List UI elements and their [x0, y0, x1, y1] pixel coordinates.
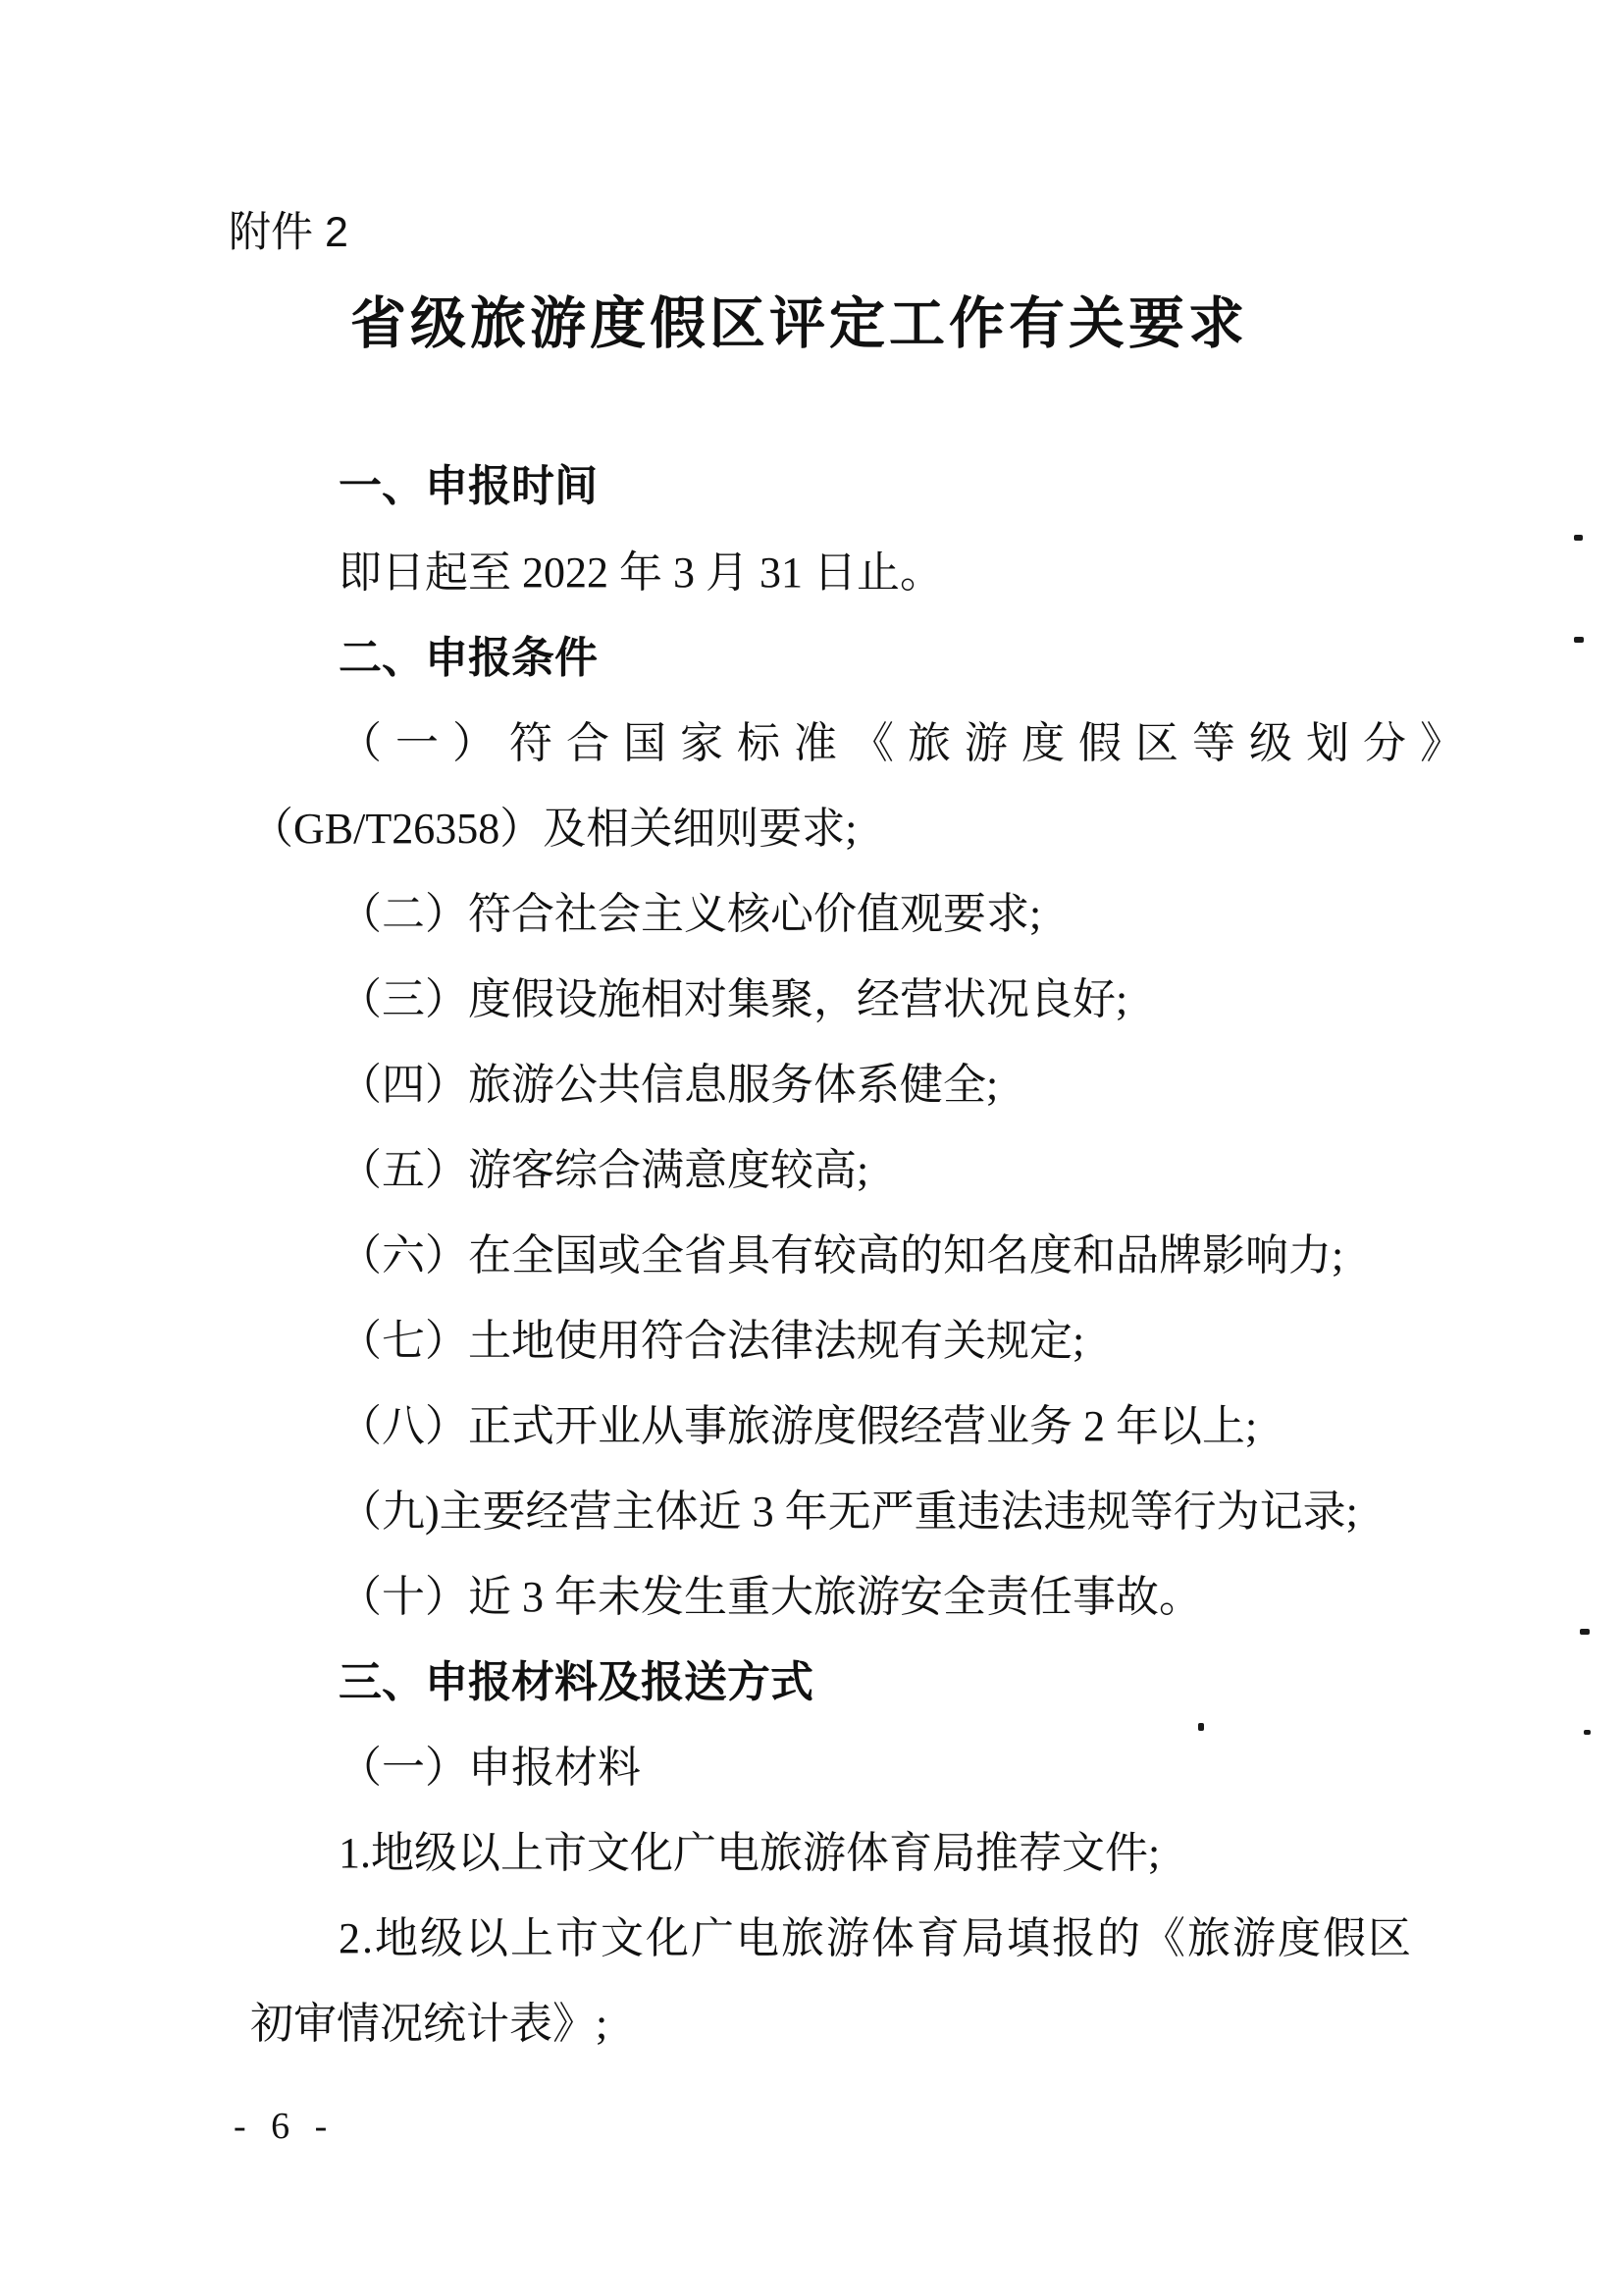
material-item-2-line-1: 2.地级以上市文化广电旅游体育局填报的《旅游度假区	[339, 1910, 1413, 1967]
condition-item-8: （八）正式开业从事旅游度假经营业务 2 年以上;	[339, 1398, 1257, 1455]
condition-item-2: （二）符合社会主义核心价值观要求;	[339, 886, 1041, 943]
condition-item-1-line-1: （一）符合国家标准《旅游度假区等级划分》	[339, 715, 1477, 772]
condition-item-5: （五）游客综合满意度较高;	[339, 1142, 868, 1199]
section-2-heading: 二、申报条件	[339, 630, 598, 687]
section-3-heading: 三、申报材料及报送方式	[339, 1654, 813, 1711]
ink-speck	[1580, 1629, 1590, 1635]
ink-speck	[1584, 1730, 1591, 1735]
doc-title: 省级旅游度假区评定工作有关要求	[350, 291, 1248, 358]
material-item-2-line-2: 初审情况统计表》;	[250, 1996, 607, 2053]
condition-item-10: （十）近 3 年未发生重大旅游安全责任事故。	[339, 1569, 1202, 1626]
condition-item-6: （六）在全国或全省具有较高的知名度和品牌影响力;	[339, 1227, 1343, 1284]
material-item-1: 1.地级以上市文化广电旅游体育局推荐文件;	[339, 1825, 1160, 1882]
condition-item-3: （三）度假设施相对集聚，经营状况良好;	[339, 971, 1127, 1028]
ink-speck	[1574, 535, 1583, 541]
condition-item-4: （四）旅游公共信息服务体系健全;	[339, 1057, 998, 1114]
ink-speck	[1574, 637, 1584, 643]
attachment-label: 附件 2	[229, 204, 348, 261]
condition-item-1-line-2: （GB/T26358）及相关细则要求;	[250, 801, 857, 858]
scanned-document-page: 附件 2 省级旅游度假区评定工作有关要求 一、申报时间 即日起至 2022 年 …	[0, 0, 1623, 2296]
subsection-3-1-heading: （一）申报材料	[339, 1740, 641, 1797]
ink-speck	[1198, 1723, 1204, 1731]
page-number: - 6 -	[234, 2098, 335, 2155]
para-deadline: 即日起至 2022 年 3 月 31 日止。	[339, 545, 943, 601]
section-1-heading: 一、申报时间	[339, 458, 598, 515]
condition-item-7: （七）土地使用符合法律法规有关规定;	[339, 1313, 1084, 1370]
condition-item-9: （九)主要经营主体近 3 年无严重违法违规等行为记录;	[339, 1484, 1358, 1540]
